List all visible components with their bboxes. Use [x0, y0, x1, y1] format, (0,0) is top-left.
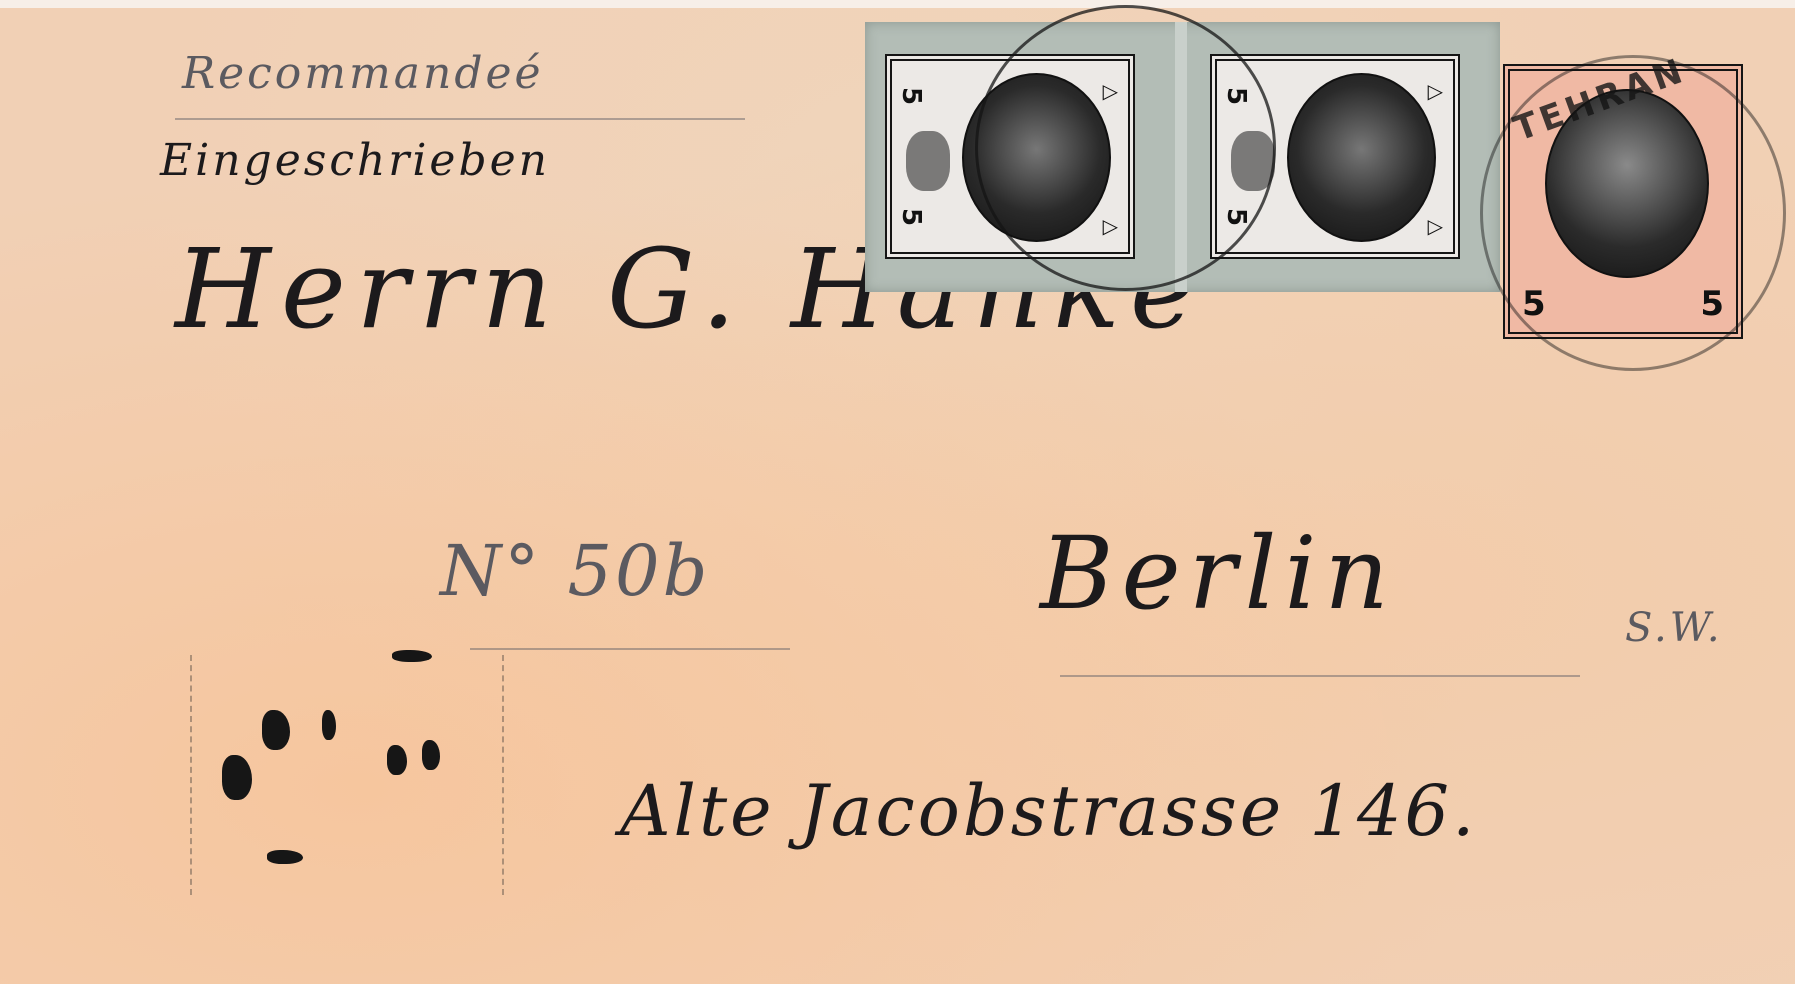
- underline: [1060, 675, 1580, 677]
- registration-note-line2: Eingeschrieben: [160, 135, 550, 186]
- stamp-value: 5: [896, 87, 926, 105]
- postmark-circle: [975, 5, 1276, 291]
- ink-blot: [387, 745, 407, 775]
- envelope-top-edge: [0, 0, 1795, 8]
- city-name: Berlin: [1040, 515, 1397, 632]
- ink-blot: [262, 710, 290, 750]
- ink-blot: [267, 850, 303, 864]
- ink-blot: [322, 710, 336, 740]
- underline: [175, 118, 745, 120]
- house-number: N° 50b: [440, 530, 710, 612]
- ink-blot: [392, 650, 432, 662]
- registration-box-impression: [190, 655, 504, 895]
- ink-blot: [222, 755, 252, 800]
- underline: [470, 648, 790, 650]
- ink-blot: [422, 740, 440, 770]
- street-address: Alte Jacobstrasse 146.: [620, 770, 1477, 852]
- triangle-icon: ▷: [1428, 214, 1443, 238]
- registration-note-line1: Recommandeé: [182, 48, 544, 99]
- lion-emblem-icon: [906, 131, 950, 191]
- stamp-value: 5: [896, 208, 926, 226]
- portrait-medallion: [1287, 73, 1436, 242]
- triangle-icon: ▷: [1428, 79, 1443, 103]
- district: S.W.: [1625, 605, 1723, 651]
